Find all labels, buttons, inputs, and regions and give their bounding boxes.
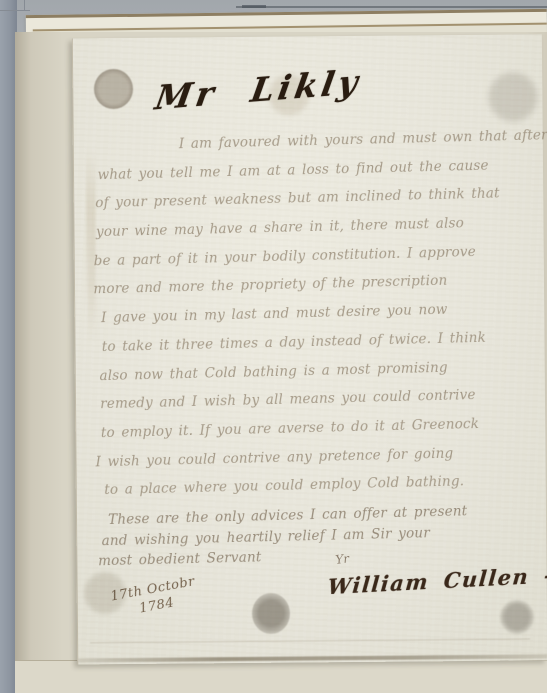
header-gap <box>215 102 249 105</box>
addressee-title: Mr <box>152 73 220 118</box>
date-block: 17th Octobr 1784 <box>110 574 200 621</box>
addressee-name: Likly <box>248 62 365 110</box>
signature-flourish: Yr <box>335 551 350 566</box>
under-page-strip <box>15 660 547 693</box>
manuscript-scan: MrLikly I am favoured with yours and mus… <box>0 0 547 693</box>
letter-sheet: MrLikly I am favoured with yours and mus… <box>72 34 547 664</box>
corner-registration-mark-vertical <box>24 0 25 11</box>
letter-body: I am favoured with yours and must own th… <box>94 127 547 511</box>
paper-fold-line <box>90 638 530 643</box>
corner-registration-mark-horizontal <box>0 10 30 11</box>
letter-closing: These are the only advices I can offer a… <box>101 502 532 574</box>
scanner-ruler-line <box>236 6 547 8</box>
letter-header-addressee: MrLikly <box>152 54 458 117</box>
scanner-ruler-dash <box>242 5 266 8</box>
